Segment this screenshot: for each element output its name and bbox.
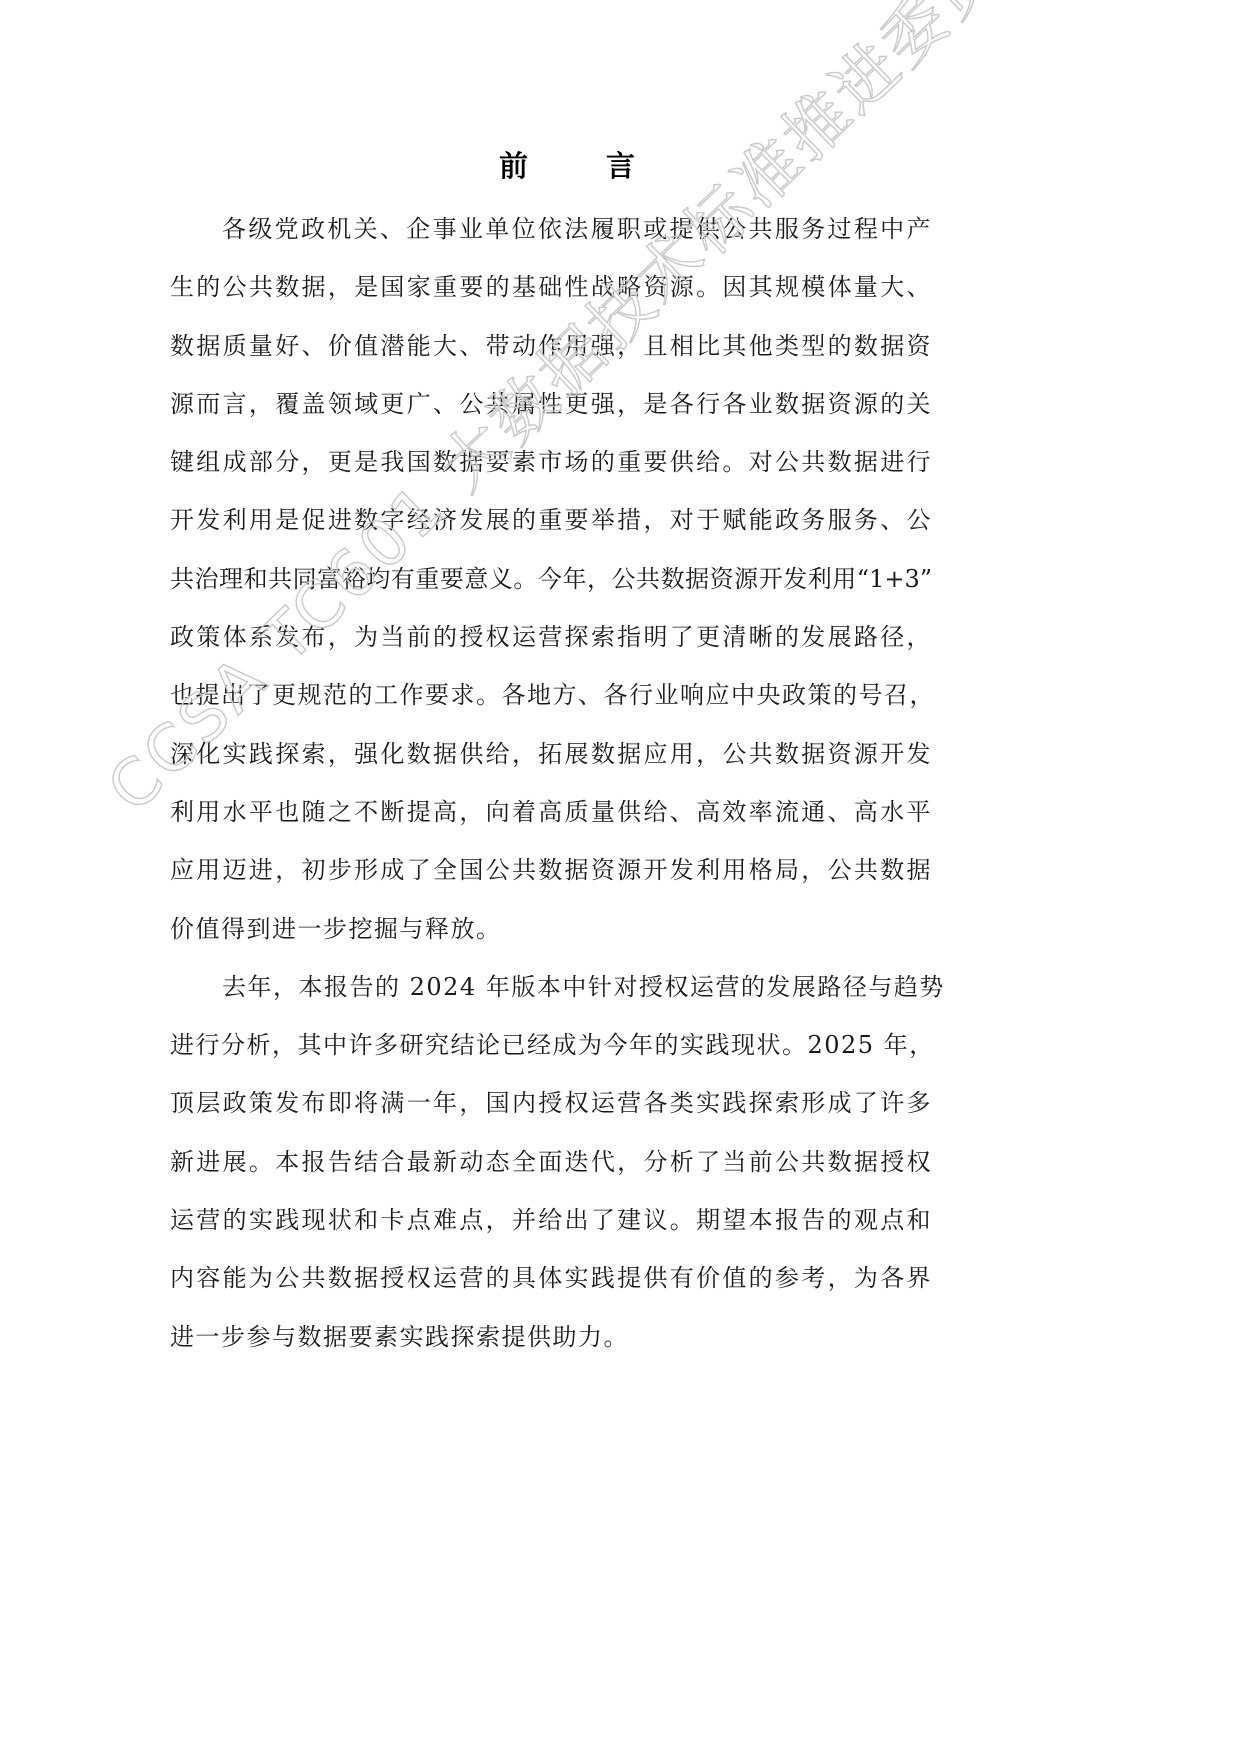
text-line: 进一步参与数据要素实践探索提供助力。 <box>170 1308 932 1366</box>
text-line: 深化实践探索，强化数据供给，拓展数据应用，公共数据资源开发 <box>170 725 932 783</box>
text-line: 价值得到进一步挖掘与释放。 <box>170 900 932 958</box>
text-line: 利用水平也随之不断提高，向着高质量供给、高效率流通、高水平 <box>170 783 932 841</box>
text-line: 数据质量好、价值潜能大、带动作用强，且相比其他类型的数据资 <box>170 317 932 375</box>
paragraph-2: 去年，本报告的 2024 年版本中针对授权运营的发展路径与趋势 进行分析，其中许… <box>170 958 932 1366</box>
text-line: 也提出了更规范的工作要求。各地方、各行业响应中央政策的号召， <box>170 666 932 724</box>
text-line: 应用迈进，初步形成了全国公共数据资源开发利用格局，公共数据 <box>170 841 932 899</box>
text-line: 进行分析，其中许多研究结论已经成为今年的实践现状。2025 年， <box>170 1016 932 1074</box>
text-line: 键组成部分，更是我国数据要素市场的重要供给。对公共数据进行 <box>170 433 932 491</box>
text-line: 源而言，覆盖领域更广、公共属性更强，是各行各业数据资源的关 <box>170 375 932 433</box>
document-body: 各级党政机关、企事业单位依法履职或提供公共服务过程中产 生的公共数据，是国家重要… <box>170 200 932 1366</box>
page-title: 前 言 <box>0 146 1134 186</box>
document-page: 前 言 各级党政机关、企事业单位依法履职或提供公共服务过程中产 生的公共数据，是… <box>0 0 1241 1755</box>
text-line: 生的公共数据，是国家重要的基础性战略资源。因其规模体量大、 <box>170 258 932 316</box>
text-line: 共治理和共同富裕均有重要意义。今年，公共数据资源开发利用“1+3” <box>170 550 932 608</box>
text-line: 各级党政机关、企事业单位依法履职或提供公共服务过程中产 <box>170 200 932 258</box>
paragraph-1: 各级党政机关、企事业单位依法履职或提供公共服务过程中产 生的公共数据，是国家重要… <box>170 200 932 958</box>
text-line: 新进展。本报告结合最新动态全面迭代，分析了当前公共数据授权 <box>170 1133 932 1191</box>
text-line: 去年，本报告的 2024 年版本中针对授权运营的发展路径与趋势 <box>170 958 932 1016</box>
text-line: 内容能为公共数据授权运营的具体实践提供有价值的参考，为各界 <box>170 1249 932 1307</box>
text-line: 运营的实践现状和卡点难点，并给出了建议。期望本报告的观点和 <box>170 1191 932 1249</box>
text-line: 政策体系发布，为当前的授权运营探索指明了更清晰的发展路径， <box>170 608 932 666</box>
text-line: 开发利用是促进数字经济发展的重要举措，对于赋能政务服务、公 <box>170 491 932 549</box>
text-line: 顶层政策发布即将满一年，国内授权运营各类实践探索形成了许多 <box>170 1074 932 1132</box>
